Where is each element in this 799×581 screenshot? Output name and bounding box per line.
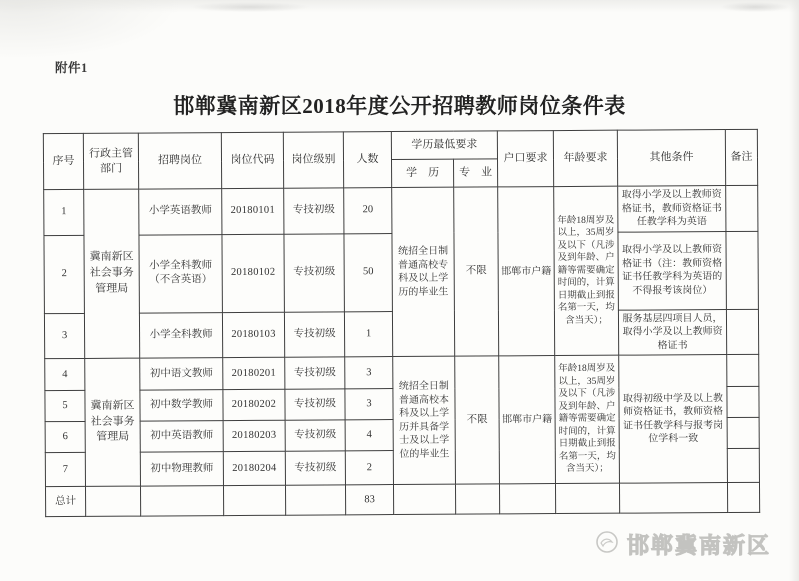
attachment-label: 附件1 <box>55 58 88 76</box>
cell-serial: 1 <box>44 189 84 235</box>
cell-code: 20180201 <box>223 357 285 389</box>
cell-hukou-group2: 邯郸市户籍 <box>499 356 556 484</box>
cell-code: 20180202 <box>223 389 285 420</box>
cell-position: 小学全科教师 <box>139 312 222 358</box>
cell-count: 3 <box>345 357 393 389</box>
header-education-group: 学历最低要求 <box>391 131 497 160</box>
scan-noise-blob <box>190 2 310 12</box>
header-major: 专 业 <box>454 159 498 187</box>
watermark-text: 邯郸冀南新区 <box>627 529 771 560</box>
cell-remark <box>727 386 759 417</box>
cell-position: 小学英语教师 <box>139 189 222 235</box>
cell-level: 专技初级 <box>284 233 344 311</box>
page-title: 邯郸冀南新区2018年度公开招聘教师岗位条件表 <box>0 90 799 120</box>
cell-remark <box>727 417 759 448</box>
cell-hukou-group1: 邯郸市户籍 <box>498 187 555 356</box>
total-label: 总计 <box>45 486 85 516</box>
cell-count: 20 <box>344 188 392 234</box>
header-serial: 序号 <box>43 133 83 189</box>
cell-serial: 6 <box>45 421 85 452</box>
cell-code: 20180102 <box>222 234 284 312</box>
header-code: 岗位代码 <box>221 132 283 188</box>
total-row: 总计 83 <box>45 482 759 516</box>
cell-position: 小学全科教师（不含英语） <box>139 234 222 313</box>
cell-remark <box>727 354 759 386</box>
cell-empty <box>727 482 759 512</box>
scanned-page: 附件1 邯郸冀南新区2018年度公开招聘教师岗位条件表 序号 行政主管部门 招聘… <box>0 0 799 581</box>
cell-other-group2: 取得初级中学及以上教师资格证书，教师资格证书任教学科与报考岗位学科一致 <box>619 355 728 484</box>
header-department: 行政主管部门 <box>83 133 138 189</box>
scan-noise-blob <box>720 2 790 12</box>
cell-remark <box>726 231 758 309</box>
cell-empty <box>455 484 499 514</box>
cell-count: 2 <box>345 451 393 485</box>
cell-level: 专技初级 <box>285 451 345 485</box>
cell-education-group1: 统招全日制普通高校专科及以上学历的毕业生 <box>392 187 455 356</box>
header-count: 人数 <box>343 132 391 188</box>
cell-department-group2: 冀南新区社会事务管理局 <box>85 358 141 486</box>
cell-level: 专技初级 <box>284 188 344 234</box>
cell-remark <box>726 309 758 355</box>
cell-major-group2: 不限 <box>455 356 500 484</box>
cell-other: 服务基层四项目人员，取得小学及以上教师资格证书 <box>618 309 726 355</box>
cell-remark <box>726 185 758 231</box>
cell-code: 20180204 <box>223 451 285 485</box>
cell-position: 初中物理教师 <box>140 452 223 487</box>
cell-position: 初中英语教师 <box>140 421 223 453</box>
cell-level: 专技初级 <box>285 420 345 451</box>
table-row: 1 冀南新区社会事务管理局 小学英语教师 20180101 专技初级 20 统招… <box>44 185 758 235</box>
cell-empty <box>85 486 140 516</box>
cell-age-group1: 年龄18周岁及以上，35周岁及以下（凡涉及到年龄、户籍等需要确定时间的，计算日期… <box>554 186 619 355</box>
table-row: 4 冀南新区社会事务管理局 初中语文教师 20180201 专技初级 3 统招全… <box>45 354 759 390</box>
cell-remark <box>727 448 759 482</box>
cell-serial: 7 <box>45 452 85 486</box>
cell-empty <box>223 485 285 515</box>
header-position: 招聘岗位 <box>138 133 221 190</box>
header-education: 学 历 <box>392 159 454 187</box>
total-count: 83 <box>345 485 393 515</box>
cell-level: 专技初级 <box>284 311 344 357</box>
cell-empty <box>393 484 455 514</box>
header-remark: 备注 <box>725 129 757 185</box>
positions-table: 序号 行政主管部门 招聘岗位 岗位代码 岗位级别 人数 学历最低要求 户口要求 … <box>43 129 760 517</box>
cell-major-group1: 不限 <box>454 187 499 356</box>
cell-education-group2: 统招全日制普通高校本科及以上学历并具备学士及以上学位的毕业生 <box>393 356 456 484</box>
cell-count: 4 <box>345 420 393 451</box>
cell-serial: 2 <box>44 235 84 313</box>
cell-empty <box>619 483 727 514</box>
cell-other: 取得小学及以上教师资格证书，教师资格证书任教学科为英语 <box>618 186 726 232</box>
watermark-logo-icon <box>595 530 619 559</box>
cell-age-group2: 年龄18周岁及以上，35周岁及以下（凡涉及到年龄、户籍等需要确定时间的，计算日期… <box>555 355 620 483</box>
cell-position: 初中语文教师 <box>140 358 223 391</box>
cell-other: 取得小学及以上教师资格证书（注：教师资格证书任教学科为英语的不得报考该岗位） <box>618 231 726 310</box>
cell-code: 20180101 <box>222 188 284 234</box>
cell-empty <box>285 485 345 515</box>
positions-table-container: 序号 行政主管部门 招聘岗位 岗位代码 岗位级别 人数 学历最低要求 户口要求 … <box>43 129 760 517</box>
cell-count: 50 <box>344 233 392 311</box>
cell-empty <box>140 486 223 517</box>
cell-serial: 5 <box>45 390 85 421</box>
header-age: 年龄要求 <box>553 130 617 186</box>
scan-noise-corner <box>0 0 180 60</box>
cell-count: 1 <box>344 311 392 357</box>
cell-position: 初中数学教师 <box>140 390 223 422</box>
cell-level: 专技初级 <box>285 389 345 420</box>
watermark: 邯郸冀南新区 <box>595 524 795 564</box>
cell-level: 专技初级 <box>285 357 345 389</box>
cell-department-group1: 冀南新区社会事务管理局 <box>84 189 140 358</box>
cell-empty <box>499 484 555 514</box>
header-row-1: 序号 行政主管部门 招聘岗位 岗位代码 岗位级别 人数 学历最低要求 户口要求 … <box>43 129 757 161</box>
cell-serial: 4 <box>45 358 85 390</box>
header-level: 岗位级别 <box>283 132 343 188</box>
cell-serial: 3 <box>44 313 84 359</box>
cell-count: 3 <box>345 389 393 420</box>
header-other: 其他条件 <box>617 130 725 187</box>
cell-code: 20180203 <box>223 420 285 451</box>
cell-empty <box>555 483 619 513</box>
header-hukou: 户口要求 <box>497 131 553 187</box>
scan-noise-right-edge <box>789 0 799 581</box>
cell-code: 20180103 <box>222 312 284 358</box>
